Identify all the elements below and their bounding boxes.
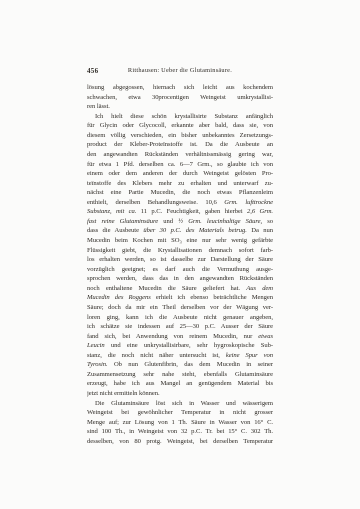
body-text: ren lässt. <box>87 103 110 110</box>
body-text: einem oder dem anderen der durch Weingei… <box>87 170 273 177</box>
text-line: noch enthaltene Mucedin die Säure gelief… <box>87 284 273 294</box>
body-text: Da nun <box>247 227 273 234</box>
text-line: fand sich, bei Anwendung von reinem Muce… <box>87 332 273 342</box>
body-text: teïnstoffe des Klebers mehr zu erhalten … <box>87 180 273 187</box>
text-line: Weingeist bei gewöhnlicher Temperatur in… <box>87 408 273 418</box>
text-line: nächst eine Partie Mucedin, die noch etw… <box>87 188 273 198</box>
text-line: Die Glutaminsäure löst sich in Wasser un… <box>87 399 273 409</box>
text-line: Mucedin des Roggens erhielt ich ebenso b… <box>87 293 273 303</box>
text-line: ich schätze sie indessen auf 25—30 p.C. … <box>87 322 273 332</box>
text-line: Säure; doch da mir ein Theil derselben v… <box>87 303 273 313</box>
body-text: Ob nun Glutenfibrin, das dem Mucedin in … <box>108 361 273 368</box>
body-text: fand sich, bei Anwendung von reinem Muce… <box>87 333 258 340</box>
page-number: 456 <box>87 67 98 75</box>
body-text: nächst eine Partie Mucedin, die noch etw… <box>87 189 273 196</box>
text-line: fast reine Glutaminsäure und ½ Grm. leuc… <box>87 217 273 227</box>
text-line: Tyrosin. Ob nun Glutenfibrin, das dem Mu… <box>87 360 273 370</box>
text-line: Ich hielt diese schön krystallisirte Sub… <box>87 112 273 122</box>
body-text: schwachen, etwa 30procentigen Weingeist … <box>87 94 273 101</box>
body-text: los erhalten werden, so ist dasselbe zur… <box>87 256 273 263</box>
text-line: schwachen, etwa 30procentigen Weingeist … <box>87 93 273 103</box>
text-line: Flüssigkeit giebt, die Krystallisationen… <box>87 246 273 256</box>
body-text: noch enthaltene Mucedin die Säure gelief… <box>87 285 246 292</box>
text-line: lösung abgegossen, hiernach sich leicht … <box>87 83 273 93</box>
body-text: sprochen werden, dass das in den angewan… <box>87 275 273 282</box>
text-line: ren lässt. <box>87 102 273 112</box>
body-text: vorzüglich geeignet; es darf auch die Ve… <box>87 266 273 273</box>
italic-text: keine Spur von <box>226 352 273 359</box>
page-header: 456 Ritthausen: Ueber die Glutaminsäure. <box>87 67 273 77</box>
body-text: Mucedin beim Kochen mit SO₃ eine nur seh… <box>87 237 273 244</box>
body-text: Menge auf; zur Lösung von 1 Th. Säure in… <box>87 419 273 426</box>
body-text: Ich hielt diese schön krystallisirte Sub… <box>95 113 273 120</box>
text-line: Menge auf; zur Lösung von 1 Th. Säure in… <box>87 418 273 428</box>
body-text: stanz, die noch nicht näher untersucht i… <box>87 352 226 359</box>
text-line: vorzüglich geeignet; es darf auch die Ve… <box>87 265 273 275</box>
body-text: jetzt nicht ermitteln können. <box>87 390 160 397</box>
text-line: Zusammensetzung sehr nahe steht, ebenfal… <box>87 370 273 380</box>
italic-text: ½ Grm. leucinhaltige Säure <box>178 218 260 225</box>
running-title: Ritthausen: Ueber die Glutaminsäure. <box>87 67 273 74</box>
italic-text: fast reine Glutaminsäure <box>87 218 158 225</box>
body-text: diesem völlig verschieden, ein bisher un… <box>87 132 273 139</box>
italic-text: Leucin <box>87 342 105 349</box>
italic-text: Substanz, mit ca. <box>87 208 136 215</box>
text-line: sprochen werden, dass das in den angewan… <box>87 274 273 284</box>
body-text: für Glycin oder Glycocoll, erkannte aber… <box>87 122 273 129</box>
text-line: Leucin und eine unkrystallisirbare, sehr… <box>87 341 273 351</box>
body-text: erzeugt, habe ich aus Mangel an genügend… <box>87 380 273 387</box>
body-text: product der Kleber-Proteïnstoffe ist. Da… <box>87 141 273 148</box>
scanned-page: 456 Ritthausen: Ueber die Glutaminsäure.… <box>0 0 360 509</box>
text-line: sind 100 Th., in Weingeist von 32 p.C. T… <box>87 427 273 437</box>
body-text: Die Glutaminsäure löst sich in Wasser un… <box>95 400 273 407</box>
body-text: und eine unkrystallisirbare, sehr hygros… <box>105 342 273 349</box>
italic-text: Grm. lufttrockne <box>224 199 273 206</box>
body-text: den angewandten Rückständen verhältnissm… <box>87 151 273 158</box>
body-text: lösung abgegossen, hiernach sich leicht … <box>87 84 273 91</box>
italic-text: 2,6 Grm. <box>247 208 273 215</box>
body-text: desselben, von 80 protg. Weingeist, bei … <box>87 438 273 445</box>
body-text: für etwa 1 Pfd. derselben ca. 6—7 Grm., … <box>87 161 273 168</box>
body-text: dass die Ausbeute <box>87 227 143 234</box>
italic-text: Tyrosin. <box>87 361 108 368</box>
text-line: los erhalten werden, so ist dasselbe zur… <box>87 255 273 265</box>
italic-text: etwas <box>258 333 273 340</box>
text-line: für etwa 1 Pfd. derselben ca. 6—7 Grm., … <box>87 160 273 170</box>
italic-text: Mucedin des Roggens <box>87 294 151 301</box>
text-line: dass die Ausbeute über 30 p.C. des Mater… <box>87 226 273 236</box>
text-line: erzeugt, habe ich aus Mangel an genügend… <box>87 379 273 389</box>
text-line: teïnstoffe des Klebers mehr zu erhalten … <box>87 179 273 189</box>
body-text: loren ging, kann ich die Ausbeute nicht … <box>87 314 273 321</box>
body-text: sind 100 Th., in Weingeist von 32 p.C. T… <box>87 428 273 435</box>
body-text: Flüssigkeit giebt, die Krystallisationen… <box>87 247 273 254</box>
italic-text: Aus dem <box>246 285 273 292</box>
text-line: jetzt nicht ermitteln können. <box>87 389 273 399</box>
text-line: diesem völlig verschieden, ein bisher un… <box>87 131 273 141</box>
body-text: Zusammensetzung sehr nahe steht, ebenfal… <box>87 371 273 378</box>
body-text: und <box>158 218 178 225</box>
body-text: ich schätze sie indessen auf 25—30 p.C. … <box>87 323 273 330</box>
body-text: , so <box>261 218 273 225</box>
text-line: den angewandten Rückständen verhältnissm… <box>87 150 273 160</box>
body-text: 11 p.C. Feuchtigkeit, gaben hierbei <box>136 208 247 215</box>
body-text: erhielt ich ebenso beträchtliche Mengen <box>151 294 273 301</box>
text-line: loren ging, kann ich die Ausbeute nicht … <box>87 313 273 323</box>
text-block: lösung abgegossen, hiernach sich leicht … <box>87 83 273 446</box>
text-line: product der Kleber-Proteïnstoffe ist. Da… <box>87 140 273 150</box>
italic-text: über 30 p.C. des Materials betrug. <box>143 227 246 234</box>
body-text: enthielt, derselben Behandlungsweise. 10… <box>87 199 224 206</box>
text-line: desselben, von 80 protg. Weingeist, bei … <box>87 437 273 447</box>
body-text: Weingeist bei gewöhnlicher Temperatur in… <box>87 409 273 416</box>
text-line: für Glycin oder Glycocoll, erkannte aber… <box>87 121 273 131</box>
text-line: stanz, die noch nicht näher untersucht i… <box>87 351 273 361</box>
text-line: Substanz, mit ca. 11 p.C. Feuchtigkeit, … <box>87 207 273 217</box>
text-line: einem oder dem anderen der durch Weingei… <box>87 169 273 179</box>
body-text: Säure; doch da mir ein Theil derselben v… <box>87 304 273 311</box>
text-line: enthielt, derselben Behandlungsweise. 10… <box>87 198 273 208</box>
text-line: Mucedin beim Kochen mit SO₃ eine nur seh… <box>87 236 273 246</box>
